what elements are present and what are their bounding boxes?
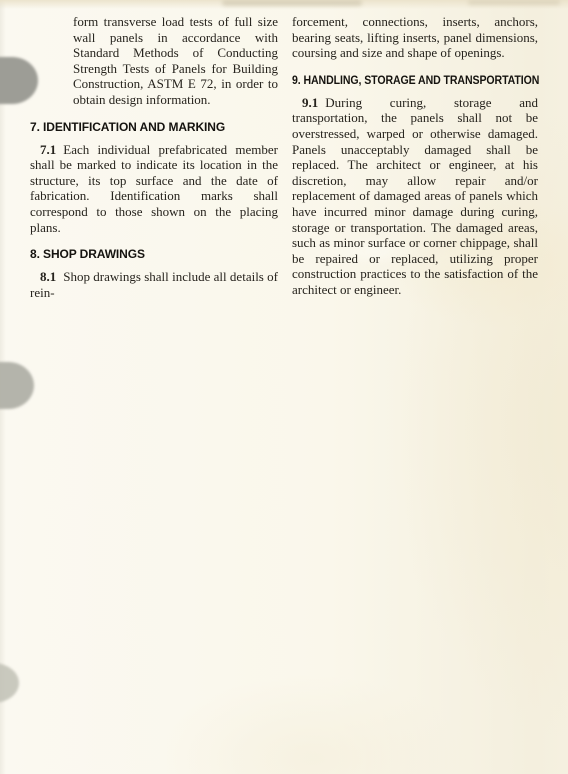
section-8-body: Shop drawings shall include all details … xyxy=(30,269,278,300)
section-7-body: Each individual prefabricated member sha… xyxy=(30,142,278,235)
section-7-number: 7.1 xyxy=(40,142,56,157)
binder-hole-punch-bottom xyxy=(0,663,19,703)
left-column: form transverse load tests of full size … xyxy=(30,14,278,300)
binder-hole-punch-middle xyxy=(0,362,34,409)
scanned-document-page: form transverse load tests of full size … xyxy=(0,0,568,774)
top-edge-ghost-mark xyxy=(222,0,362,6)
section-9-heading: 9. HANDLING, STORAGE AND TRANSPORTATION xyxy=(292,73,508,88)
section-9-number: 9.1 xyxy=(302,95,318,110)
right-column: forcement, connections, inserts, anchors… xyxy=(292,14,538,298)
continued-paragraph: form transverse load tests of full size … xyxy=(73,14,278,108)
section-7-heading: 7. IDENTIFICATION AND MARKING xyxy=(30,120,278,135)
section-8-number: 8.1 xyxy=(40,269,56,284)
top-edge-ghost-mark xyxy=(468,0,560,5)
section-9-body: During curing, storage and transportatio… xyxy=(292,95,538,297)
section-7-paragraph: 7.1Each individual prefabricated member … xyxy=(30,142,278,236)
section-9-paragraph: 9.1During curing, storage and transporta… xyxy=(292,95,538,298)
continued-paragraph: forcement, connections, inserts, anchors… xyxy=(292,14,538,61)
section-8-heading: 8. SHOP DRAWINGS xyxy=(30,247,278,262)
section-8-paragraph: 8.1Shop drawings shall include all detai… xyxy=(30,269,278,300)
